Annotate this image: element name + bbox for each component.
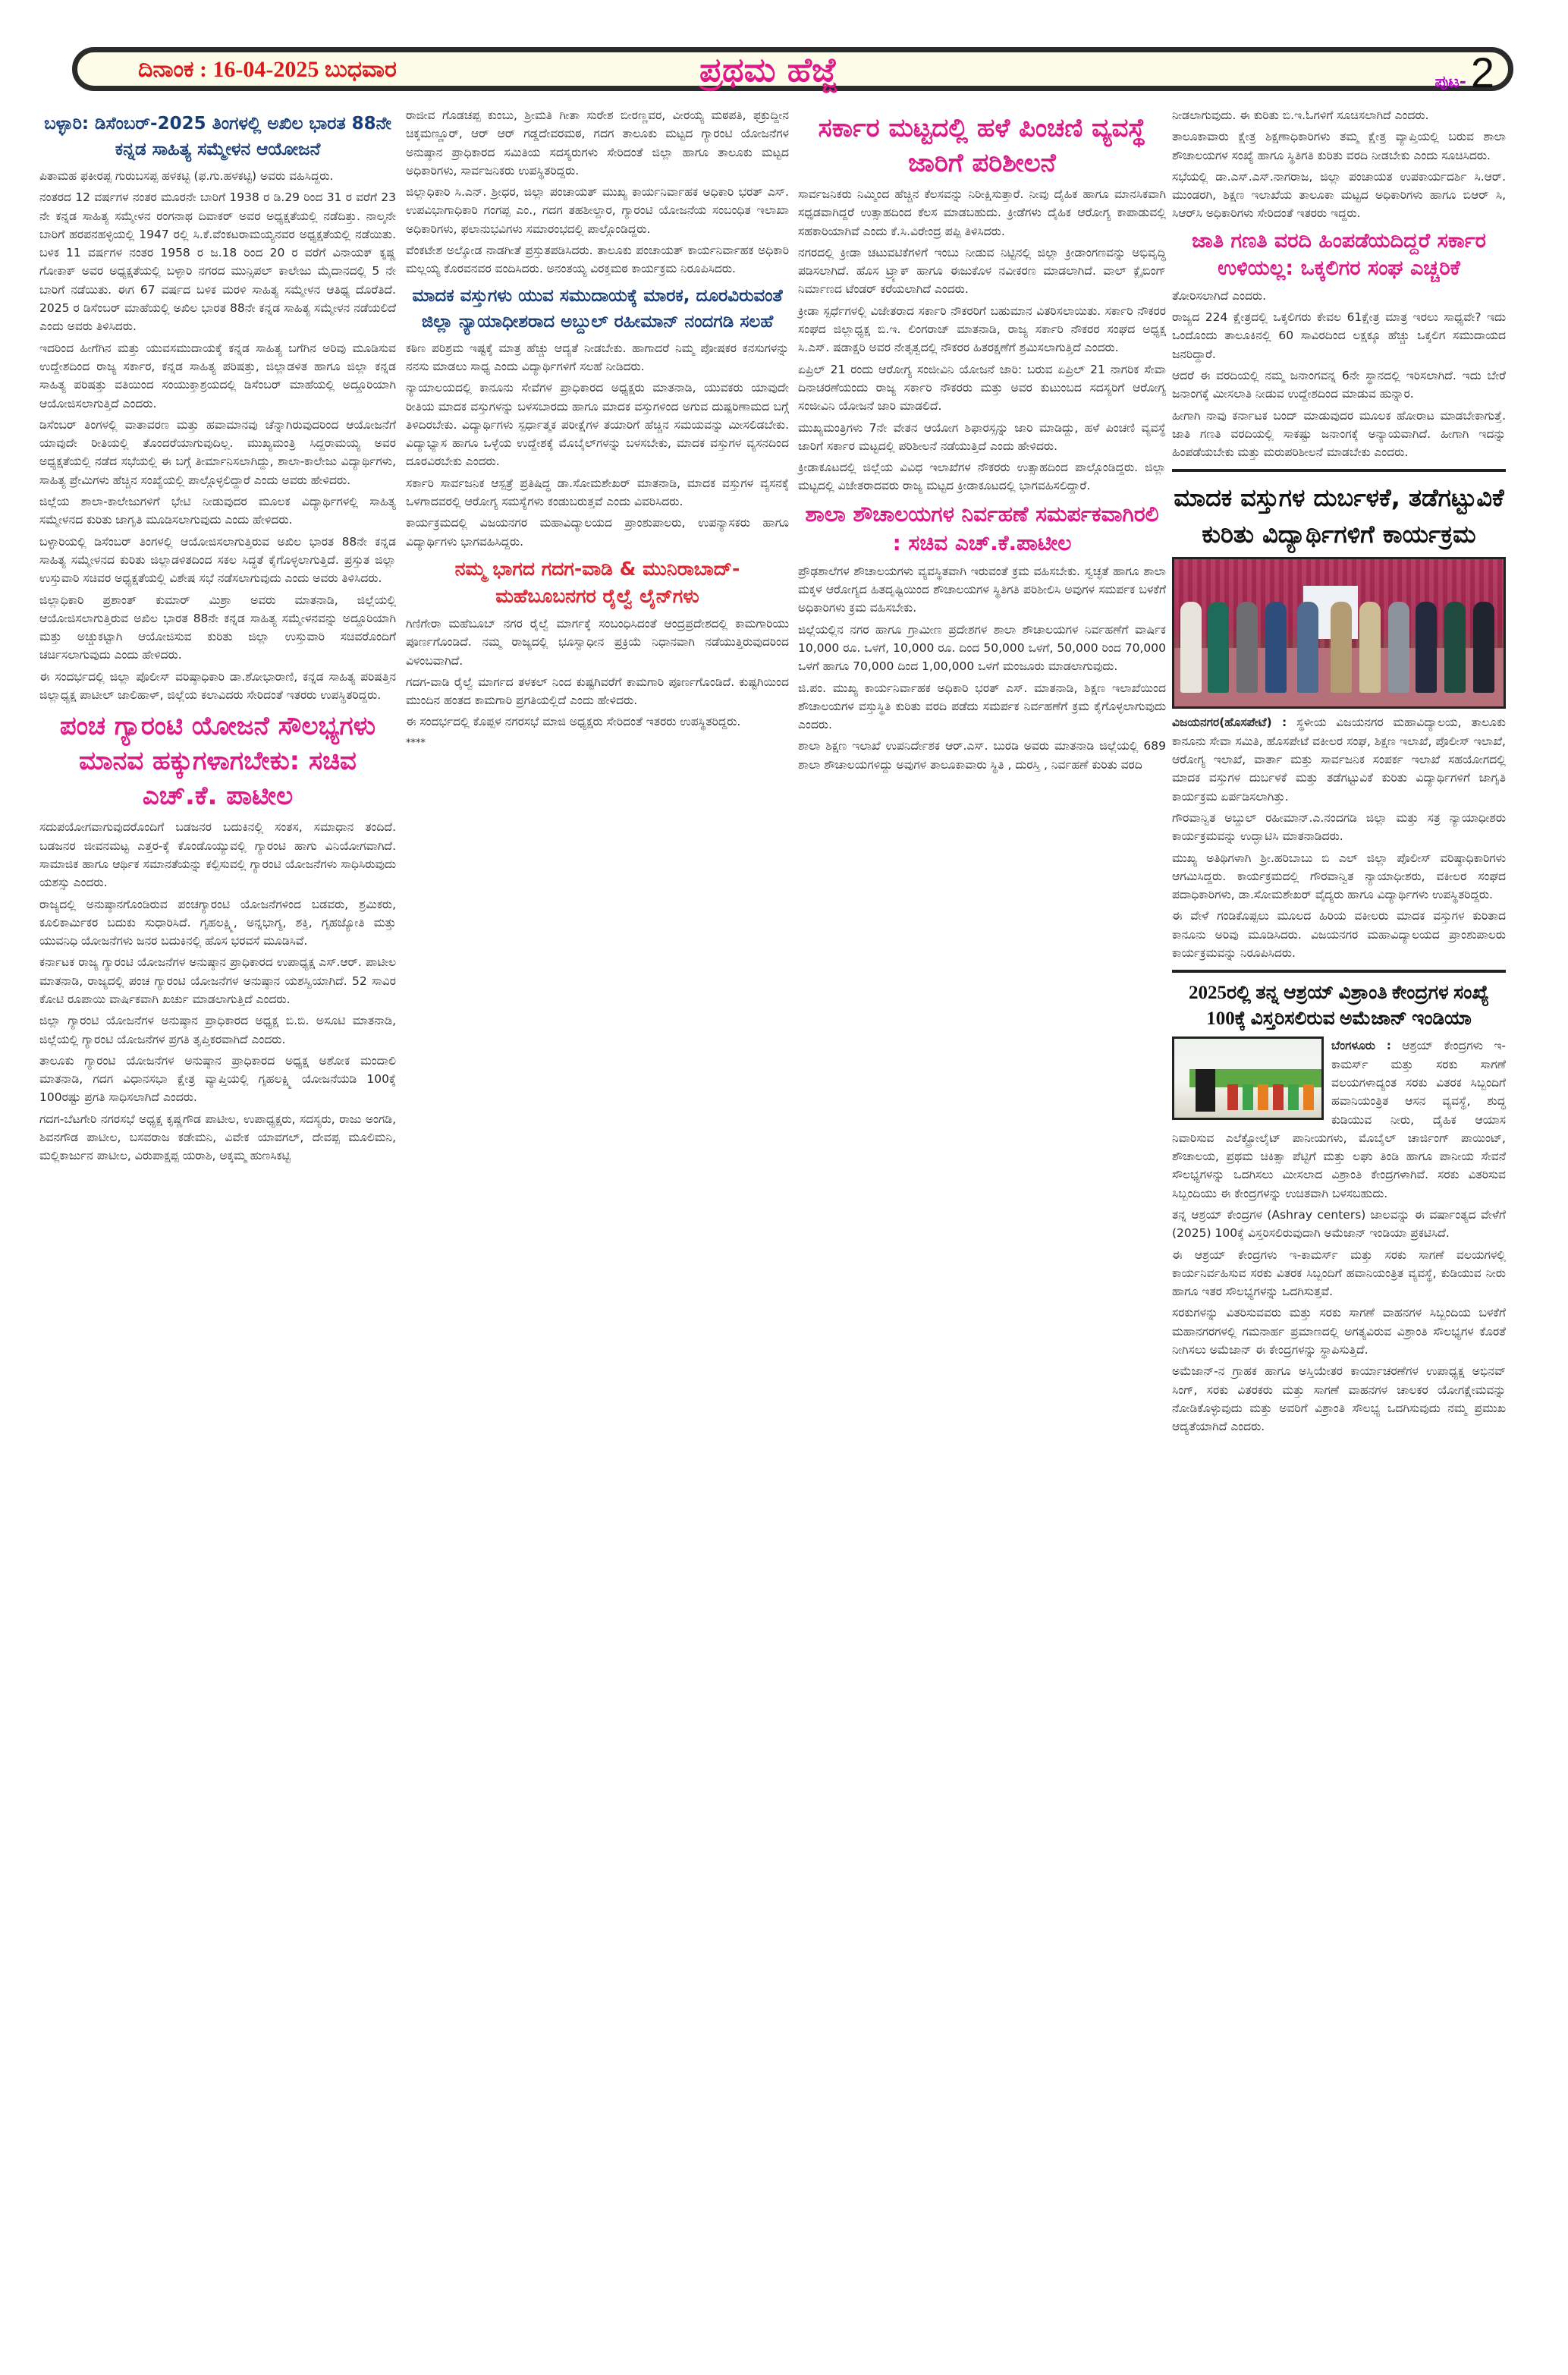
paragraph: ತನ್ನ ಆಶ್ರಯ್ ಕೇಂದ್ರಗಳ (Ashray centers) ಜಾ… <box>1172 1206 1506 1243</box>
paragraph: ಶಾಲಾ ಶಿಕ್ಷಣ ಇಲಾಖೆ ಉಪನಿರ್ದೇಶಕ ಆರ್.ಎಸ್. ಬು… <box>798 737 1166 774</box>
paragraph: ಸರ್ಕಾರಿ ಸಾರ್ವಜನಿಕ ಆಸ್ಪತ್ರೆ ಪ್ರತಿಷಿದ್ಧ ಡಾ… <box>406 474 789 511</box>
article-drug-awareness-program: ಮಾದಕ ವಸ್ತುಗಳ ದುರ್ಬಳಕೆ, ತಡೆಗಟ್ಟುವಿಕೆ ಕುರಿ… <box>1172 480 1506 962</box>
issue-date: ದಿನಾಂಕ : 16-04-2025 ಬುಧವಾರ <box>138 57 397 83</box>
paper-title: ಪ್ರಥಮ ಹೆಜ್ಜೆ <box>699 51 837 90</box>
paragraph: ಕ್ರೀಡಾ ಸ್ಪರ್ಧೆಗಳಲ್ಲಿ ವಿಜೇತರಾದ ಸರ್ಕಾರಿ ನೌ… <box>798 302 1166 357</box>
page-indicator: ಪುಟ- 2 <box>1434 48 1494 97</box>
person-figure <box>1359 602 1381 693</box>
paragraph: ಜಿಲ್ಲಾ ಗ್ಯಾರಂಟಿ ಯೋಜನೆಗಳ ಅನುಷ್ಠಾನ ಪ್ರಾಧಿಕ… <box>39 1011 396 1049</box>
person-figure <box>1236 602 1258 693</box>
column-1: ಬಳ್ಳಾರಿ: ಡಿಸೆಂಬರ್-2025 ತಿಂಗಳಲ್ಲಿ ಅಖಿಲ ಭಾ… <box>39 106 396 1169</box>
paragraph: ತಾಲೂಕು ಗ್ಯಾರಂಟಿ ಯೋಜನೆಗಳ ಅನುಷ್ಠಾನ ಪ್ರಾಧಿಕ… <box>39 1052 396 1107</box>
article-drugs-judge-advice: ಮಾದಕ ವಸ್ತುಗಳು ಯುವ ಸಮುದಾಯಕ್ಕೆ ಮಾರಕ, ದೂರವಿ… <box>406 283 789 551</box>
person-figure <box>1265 602 1287 693</box>
paragraph: ಈ ಆಶ್ರಯ್ ಕೇಂದ್ರಗಳು ಇ-ಕಾಮರ್ಸ್ ಮತ್ತು ಸರಕು … <box>1172 1246 1506 1301</box>
paragraph: ಡಿಸೆಂಬರ್ ತಿಂಗಳಲ್ಲಿ ವಾತಾವರಣ ಮತ್ತು ಹವಾಮಾನವ… <box>39 416 396 489</box>
paragraph: ರಾಜ್ಯದ 224 ಕ್ಷೇತ್ರದಲ್ಲಿ ಒಕ್ಕಲಿಗರು ಕೇವಲ 6… <box>1172 308 1506 363</box>
masthead-band: ದಿನಾಂಕ : 16-04-2025 ಬುಧವಾರ ಪ್ರಥಮ ಹೆಜ್ಜೆ … <box>72 47 1513 91</box>
article-guarantee-schemes: ಪಂಚ ಗ್ಯಾರಂಟಿ ಯೋಜನೆ ಸೌಲಭ್ಯಗಳು ಮಾನವ ಹಕ್ಕುಗ… <box>39 709 396 1165</box>
chair <box>1273 1084 1284 1110</box>
paragraph: ಮುಖ್ಯ ಅತಿಥಿಗಳಾಗಿ ಶ್ರೀ.ಹರಿಬಾಬು ಬಿ ಎಲ್ ಜಿಲ… <box>1172 849 1506 904</box>
paragraph: ನಂತರದ 12 ವರ್ಷಗಳ ನಂತರ ಮೂರನೇ ಬಾರಿಗೆ 1938 ರ… <box>39 188 396 335</box>
person-figure <box>1331 602 1352 693</box>
article-sahitya-sammelana: ಬಳ್ಳಾರಿ: ಡಿಸೆಂಬರ್-2025 ತಿಂಗಳಲ್ಲಿ ಅಖಿಲ ಭಾ… <box>39 111 396 704</box>
paragraph: ಗೌರವಾನ್ವಿತ ಅಬ್ದುಲ್ ರಹೀಮಾನ್.ಎ.ನಂದಗಡಿ ಜಿಲ್… <box>1172 809 1506 846</box>
paragraph: ನಗರದಲ್ಲಿ ಕ್ರೀಡಾ ಚಟುವಟಿಕೆಗಳಿಗೆ ಇಂಬು ನೀಡುವ… <box>798 244 1166 299</box>
paragraph: ಸಾರ್ವಜನಿಕರು ನಿಮ್ಮಿಂದ ಹೆಚ್ಚಿನ ಕೆಲಸವನ್ನು ನ… <box>798 185 1166 241</box>
dateline: ವಿಜಯನಗರ(ಹೊಸಪೇಟೆ) : <box>1172 716 1287 729</box>
chair <box>1303 1084 1314 1110</box>
headline: ಬಳ್ಳಾರಿ: ಡಿಸೆಂಬರ್-2025 ತಿಂಗಳಲ್ಲಿ ಅಖಿಲ ಭಾ… <box>39 111 396 162</box>
paragraph: ಬಳ್ಳಾರಿಯಲ್ಲಿ ಡಿಸೆಂಬರ್ ತಿಂಗಳಲ್ಲಿ ಆಯೋಜಿಸಲಾ… <box>39 533 396 588</box>
water-cooler <box>1196 1069 1215 1112</box>
article-guarantee-continued: ರಾಜೀವ ಗೊಡಚಪ್ಪ ಕುಂಬು, ಶ್ರೀಮತಿ ಗೀತಾ ಸುರೇಶ … <box>406 106 789 278</box>
chair <box>1227 1084 1238 1110</box>
person-figure <box>1473 602 1494 693</box>
paragraph: ಅಮೆಜಾನ್-ನ ಗ್ರಾಹಕ ಹಾಗೂ ಅಸ್ತಿಯೇತರ ಕಾರ್ಯಾಚರ… <box>1172 1362 1506 1436</box>
paragraph: ಆದರೆ ಈ ವರದಿಯಲ್ಲಿ ನಮ್ಮ ಜನಾಂಗವನ್ನ 6ನೇ ಸ್ಥಾ… <box>1172 366 1506 404</box>
person-figure <box>1180 602 1202 693</box>
paragraph: ನ್ಯಾಯಾಲಯದಲ್ಲಿ ಕಾನೂನು ಸೇವೆಗಳ ಪ್ರಾಧಿಕಾರದ ಅ… <box>406 379 789 470</box>
paragraph: ಪ್ರೌಢಶಾಲೆಗಳ ಶೌಚಾಲಯಗಳು ವ್ಯವಸ್ಥಿತವಾಗಿ ಇರುವ… <box>798 562 1166 618</box>
headline: ಮಾದಕ ವಸ್ತುಗಳು ಯುವ ಸಮುದಾಯಕ್ಕೆ ಮಾರಕ, ದೂರವಿ… <box>406 283 789 335</box>
column-4: ನೀಡಲಾಗುವುದು. ಈ ಕುರಿತು ಬಿ.ಇ.ಓಗಳಿಗೆ ಸೂಚಿಸಲ… <box>1172 106 1506 1439</box>
column-3: ಸರ್ಕಾರ ಮಟ್ಟದಲ್ಲಿ ಹಳೆ ಪಿಂಚಣಿ ವ್ಯವಸ್ಥೆ ಜಾರ… <box>798 106 1166 777</box>
section-divider <box>1172 469 1506 472</box>
person-figure <box>1444 602 1466 693</box>
paragraph: ಕ್ರೀಡಾಕೂಟದಲ್ಲಿ ಜಿಲ್ಲೆಯ ವಿವಿಧ ಇಲಾಖೆಗಳ ನೌಕ… <box>798 458 1166 495</box>
paragraph: ಏಪ್ರಿಲ್ 21 ರಂದು ಆರೋಗ್ಯ ಸಂಜೀವಿನಿ ಯೋಜನೆ ಜಾ… <box>798 360 1166 416</box>
paragraph: ವೆಂಕಟೇಶ ಅಲ್ಕೋಡ ನಾಡಗೀತೆ ಪ್ರಸ್ತುತಪಡಿಸಿದರು.… <box>406 241 789 278</box>
rest-center-photo <box>1172 1037 1324 1120</box>
paragraph: ನೀಡಲಾಗುವುದು. ಈ ಕುರಿತು ಬಿ.ಇ.ಓಗಳಿಗೆ ಸೂಚಿಸಲ… <box>1172 106 1506 124</box>
paragraph: ರಾಜ್ಯದಲ್ಲಿ ಅನುಷ್ಠಾನಗೊಂಡಿರುವ ಪಂಚಗ್ಯಾರಂಟಿ … <box>39 895 396 951</box>
event-group-photo <box>1172 557 1506 709</box>
paragraph: ಗಿಣಿಗೇರಾ ಮಹೆಬೂಬ್ ನಗರ ರೈಲ್ವೆ ಮಾರ್ಗಕ್ಕೆ ಸಂ… <box>406 615 789 670</box>
chair <box>1258 1084 1268 1110</box>
paragraph: ಜಿಲ್ಲೆಯಲ್ಲಿನ ನಗರ ಹಾಗೂ ಗ್ರಾಮೀಣ ಪ್ರದೇಶಗಳ ಶ… <box>798 621 1166 676</box>
headline: ಪಂಚ ಗ್ಯಾರಂಟಿ ಯೋಜನೆ ಸೌಲಭ್ಯಗಳು ಮಾನವ ಹಕ್ಕುಗ… <box>39 709 396 813</box>
paragraph: ಕಠಿಣ ಪರಿಶ್ರಮ ಇಷ್ಟಕ್ಕೆ ಮಾತ್ರ ಹೆಚ್ಚು ಆದ್ಯತ… <box>406 339 789 376</box>
paragraph: ಗದಗ-ಬೆಟಗೇರಿ ನಗರಸಭೆ ಅಧ್ಯಕ್ಷ ಕೃಷ್ಣಗೌಡ ಪಾಟೀ… <box>39 1110 396 1165</box>
paragraph: ಸಭೆಯಲ್ಲಿ ಡಾ.ಎಸ್.ಎಸ್.ನಾಗರಾಜ, ಜಿಲ್ಲಾ ಪಂಚಾಯ… <box>1172 168 1506 223</box>
article-old-pension: ಸರ್ಕಾರ ಮಟ್ಟದಲ್ಲಿ ಹಳೆ ಪಿಂಚಣಿ ವ್ಯವಸ್ಥೆ ಜಾರ… <box>798 111 1166 495</box>
article-school-toilets: ಶಾಲಾ ಶೌಚಾಲಯಗಳ ನಿರ್ವಹಣೆ ಸಮರ್ಪಕವಾಗಿರಲಿ : ಸ… <box>798 500 1166 774</box>
end-mark: **** <box>406 735 789 753</box>
paragraph: ವಿಜಯನಗರ(ಹೊಸಪೇಟೆ) : ಸ್ಥಳೀಯ ವಿಜಯನಗರ ಮಹಾವಿದ… <box>1172 713 1506 805</box>
paragraph: ಜಿಲ್ಲಾಧಿಕಾರಿ ಸಿ.ಎನ್. ಶ್ರೀಧರ, ಜಿಲ್ಲಾ ಪಂಚಾ… <box>406 183 789 238</box>
headline: ನಮ್ಮ ಭಾಗದ ಗದಗ-ವಾಡಿ & ಮುನಿರಾಬಾದ್-ಮಹೆಬೂಬನಗ… <box>406 555 789 610</box>
headline: ಶಾಲಾ ಶೌಚಾಲಯಗಳ ನಿರ್ವಹಣೆ ಸಮರ್ಪಕವಾಗಿರಲಿ : ಸ… <box>798 500 1166 558</box>
person-figure <box>1297 602 1318 693</box>
paragraph: ಈ ಸಂದರ್ಭದಲ್ಲಿ ಜಿಲ್ಲಾ ಪೊಲೀಸ್ ವರಿಷ್ಠಾಧಿಕಾರ… <box>39 668 396 705</box>
paragraph: ಸರಕುಗಳನ್ನು ವಿತರಿಸುವವರು ಮತ್ತು ಸರಕು ಸಾಗಣೆ … <box>1172 1304 1506 1359</box>
column-2: ರಾಜೀವ ಗೊಡಚಪ್ಪ ಕುಂಬು, ಶ್ರೀಮತಿ ಗೀತಾ ಸುರೇಶ … <box>406 106 789 756</box>
headline: 2025ರಲ್ಲಿ ತನ್ನ ಆಶ್ರಯ್ ವಿಶ್ರಾಂತಿ ಕೇಂದ್ರಗಳ… <box>1172 980 1506 1032</box>
paragraph: ಜಿಲ್ಲೆಯ ಶಾಲಾ-ಕಾಲೇಜುಗಳಿಗೆ ಭೇಟಿ ನೀಡುವುದರ ಮ… <box>39 492 396 530</box>
paragraph: ಜಿಲ್ಲಾಧಿಕಾರಿ ಪ್ರಶಾಂತ್ ಕುಮಾರ್ ಮಿಶ್ರಾ ಅವರು… <box>39 591 396 665</box>
paragraph: ಸದುಪಯೋಗವಾಗುವುದರೊಂದಿಗೆ ಬಡಜನರ ಬದುಕಿನಲ್ಲಿ ಸ… <box>39 818 396 892</box>
chair <box>1288 1084 1299 1110</box>
headline: ಜಾತಿ ಗಣತಿ ವರದಿ ಹಿಂಪಡೆಯದಿದ್ದರೆ ಸರ್ಕಾರ ಉಳಿ… <box>1172 228 1506 282</box>
person-figure <box>1208 602 1229 693</box>
paragraph: ರಾಜೀವ ಗೊಡಚಪ್ಪ ಕುಂಬು, ಶ್ರೀಮತಿ ಗೀತಾ ಸುರೇಶ … <box>406 106 789 180</box>
person-figure <box>1416 602 1437 693</box>
paragraph: ಹೀಗಾಗಿ ನಾವು ಕರ್ನಾಟಕ ಬಂದ್ ಮಾಡುವುದರ ಮೂಲಕ ಹ… <box>1172 407 1506 462</box>
article-amazon-ashray: 2025ರಲ್ಲಿ ತನ್ನ ಆಶ್ರಯ್ ವಿಶ್ರಾಂತಿ ಕೇಂದ್ರಗಳ… <box>1172 980 1506 1436</box>
paragraph: ಗದಗ-ವಾಡಿ ರೈಲ್ವೆ ಮಾರ್ಗದ ತಳಕಲ್ ನಿಂದ ಕುಷ್ಟಗ… <box>406 673 789 710</box>
paragraph: ಪಿತಾಮಹ ಫಕೀರಪ್ಪ ಗುರುಬಸಪ್ಪ ಹಳಕಟ್ಟಿ (ಫ.ಗು.ಹ… <box>39 167 396 185</box>
paragraph: ಈ ಸಂದರ್ಭದಲ್ಲಿ ಕೊಪ್ಪಳ ನಗರಸಭೆ ಮಾಜಿ ಅಧ್ಯಕ್ಷ… <box>406 712 789 731</box>
paragraph: ತಾಲೂಕಾವಾರು ಕ್ಷೇತ್ರ ಶಿಕ್ಷಣಾಧಿಕಾರಿಗಳು ತಮ್ಮ… <box>1172 127 1506 165</box>
headline: ಸರ್ಕಾರ ಮಟ್ಟದಲ್ಲಿ ಹಳೆ ಪಿಂಚಣಿ ವ್ಯವಸ್ಥೆ ಜಾರ… <box>798 111 1166 181</box>
paragraph: ಕರ್ನಾಟಕ ರಾಜ್ಯ ಗ್ಯಾರಂಟಿ ಯೋಜನೆಗಳ ಅನುಷ್ಠಾನ … <box>39 953 396 1008</box>
article-railway-lines: ನಮ್ಮ ಭಾಗದ ಗದಗ-ವಾಡಿ & ಮುನಿರಾಬಾದ್-ಮಹೆಬೂಬನಗ… <box>406 555 789 753</box>
paragraph: ಮುಖ್ಯಮಂತ್ರಿಗಳು 7ನೇ ವೇತನ ಆಯೋಗ ಶಿಫಾರಸ್ಸನ್ನ… <box>798 419 1166 456</box>
dateline: ಬೆಂಗಳೂರು : <box>1331 1039 1391 1052</box>
chair <box>1243 1084 1253 1110</box>
paragraph: ಇದರಿಂದ ಹೀಗೆಗಿನ ಮತ್ತು ಯುವಸಮುದಾಯಕ್ಕೆ ಕನ್ನಡ… <box>39 339 396 413</box>
paragraph: ಕಾರ್ಯಕ್ರಮದಲ್ಲಿ ವಿಜಯನಗರ ಮಹಾವಿದ್ಯಾಲಯದ ಪ್ರಾ… <box>406 514 789 551</box>
headline: ಮಾದಕ ವಸ್ತುಗಳ ದುರ್ಬಳಕೆ, ತಡೆಗಟ್ಟುವಿಕೆ ಕುರಿ… <box>1172 480 1506 552</box>
page-label: ಪುಟ- <box>1434 73 1466 92</box>
person-figure <box>1388 602 1409 693</box>
page-number: 2 <box>1471 48 1494 97</box>
paragraph: ತೋರಿಸಲಾಗಿದೆ ಎಂದರು. <box>1172 287 1506 305</box>
paragraph: ಜಿ.ಪಂ. ಮುಖ್ಯ ಕಾರ್ಯನಿರ್ವಾಹಕ ಅಧಿಕಾರಿ ಭರತ್ … <box>798 679 1166 735</box>
article-school-toilets-continued: ನೀಡಲಾಗುವುದು. ಈ ಕುರಿತು ಬಿ.ಇ.ಓಗಳಿಗೆ ಸೂಚಿಸಲ… <box>1172 106 1506 223</box>
article-caste-census: ಜಾತಿ ಗಣತಿ ವರದಿ ಹಿಂಪಡೆಯದಿದ್ದರೆ ಸರ್ಕಾರ ಉಳಿ… <box>1172 228 1506 462</box>
section-divider <box>1172 970 1506 973</box>
paragraph: ಈ ವೇಳೆ ಗಂಡಿಕೊಪ್ಪಲು ಮೂಲದ ಹಿರಿಯ ವಕೀಲರು ಮಾದ… <box>1172 907 1506 962</box>
